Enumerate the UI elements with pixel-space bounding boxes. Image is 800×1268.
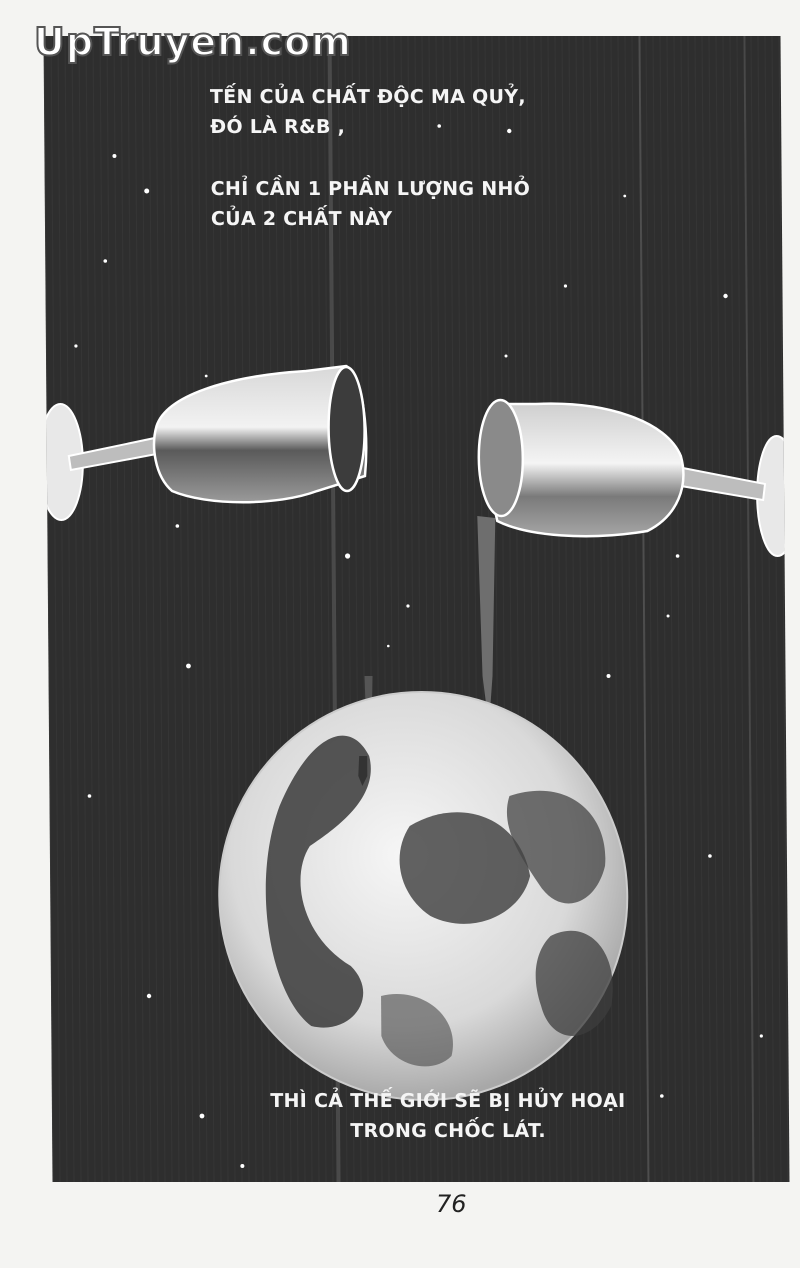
- caption-world-destroyed: THÌ CẢ THẾ GIỚI SẼ BỊ HỦY HOẠI TRONG CHỐ…: [248, 1086, 648, 1146]
- caption-line: TRONG CHỐC LÁT.: [248, 1116, 648, 1146]
- site-watermark: UpTruyen.com: [34, 20, 352, 64]
- caption-line: CỦA 2 CHẤT NÀY: [211, 204, 531, 234]
- page-number: 76: [436, 1190, 467, 1218]
- space-panel: TẾN CỦA CHẤT ĐỘC MA QUỶ, ĐÓ LÀ R&B , CHỈ…: [43, 36, 789, 1182]
- caption-line: TẾN CỦA CHẤT ĐỘC MA QUỶ,: [210, 82, 526, 112]
- earth-globe: [218, 692, 629, 1100]
- caption-line: THÌ CẢ THẾ GIỚI SẼ BỊ HỦY HOẠI: [248, 1086, 648, 1116]
- caption-line: ĐÓ LÀ R&B ,: [210, 112, 526, 142]
- caption-poison-name: TẾN CỦA CHẤT ĐỘC MA QUỶ, ĐÓ LÀ R&B ,: [210, 82, 526, 142]
- manga-page: TẾN CỦA CHẤT ĐỘC MA QUỶ, ĐÓ LÀ R&B , CHỈ…: [0, 0, 800, 1268]
- caption-line: CHỈ CẦN 1 PHẦN LƯỢNG NHỎ: [211, 174, 531, 204]
- caption-small-amount: CHỈ CẦN 1 PHẦN LƯỢNG NHỎ CỦA 2 CHẤT NÀY: [211, 174, 531, 234]
